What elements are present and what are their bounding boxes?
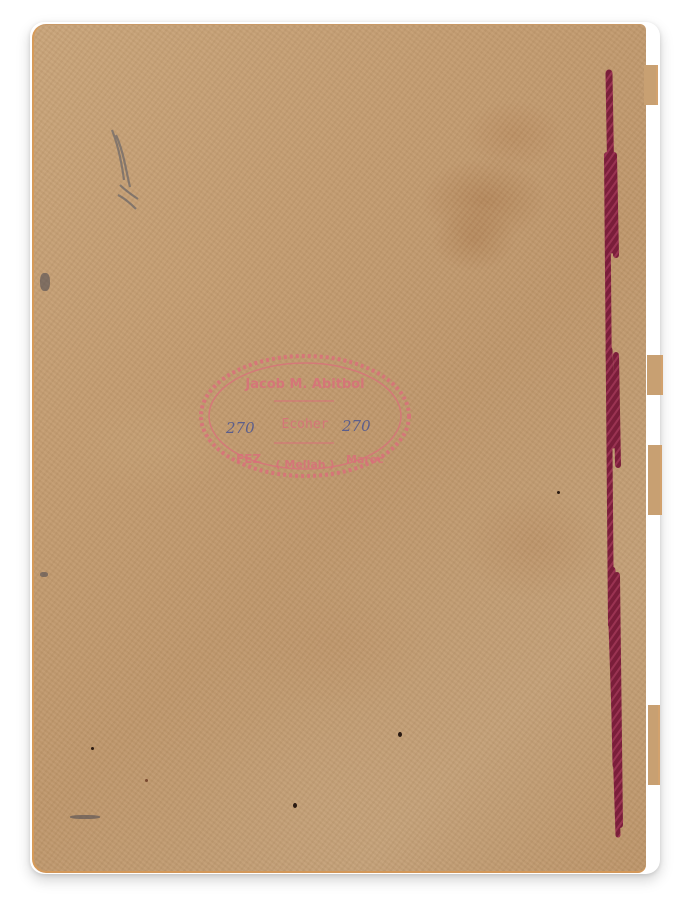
photograph: Jacob M. Abitbol Ecoher FEZ ( Mellah ) M… bbox=[0, 0, 686, 900]
ragged-edge bbox=[648, 705, 660, 785]
wormhole bbox=[557, 491, 560, 494]
ink-smudge bbox=[70, 815, 100, 819]
stamp-title: Ecoher bbox=[282, 417, 329, 432]
ink-smudge bbox=[40, 273, 50, 291]
wormhole bbox=[293, 803, 297, 808]
owner-stamp: Jacob M. Abitbol Ecoher FEZ ( Mellah ) M… bbox=[196, 351, 414, 481]
pencil-mark bbox=[104, 125, 144, 215]
stamp-name: Jacob M. Abitbol bbox=[244, 377, 364, 392]
thread-binding bbox=[594, 65, 634, 865]
wormhole bbox=[398, 732, 402, 737]
ink-smudge bbox=[40, 572, 48, 577]
handwritten-number-left: 270 bbox=[225, 419, 255, 437]
ragged-edge bbox=[644, 65, 658, 105]
wormhole bbox=[145, 779, 148, 782]
stamp-country: Maroc bbox=[346, 453, 384, 466]
booklet-cover: Jacob M. Abitbol Ecoher FEZ ( Mellah ) M… bbox=[32, 24, 646, 873]
ragged-edge bbox=[648, 445, 662, 515]
handwritten-number-right: 270 bbox=[341, 417, 371, 435]
stamp-city: FEZ bbox=[236, 452, 261, 466]
stamp-quarter: ( Mellah ) bbox=[276, 458, 335, 471]
ragged-edge bbox=[647, 355, 663, 395]
wormhole bbox=[91, 747, 94, 750]
